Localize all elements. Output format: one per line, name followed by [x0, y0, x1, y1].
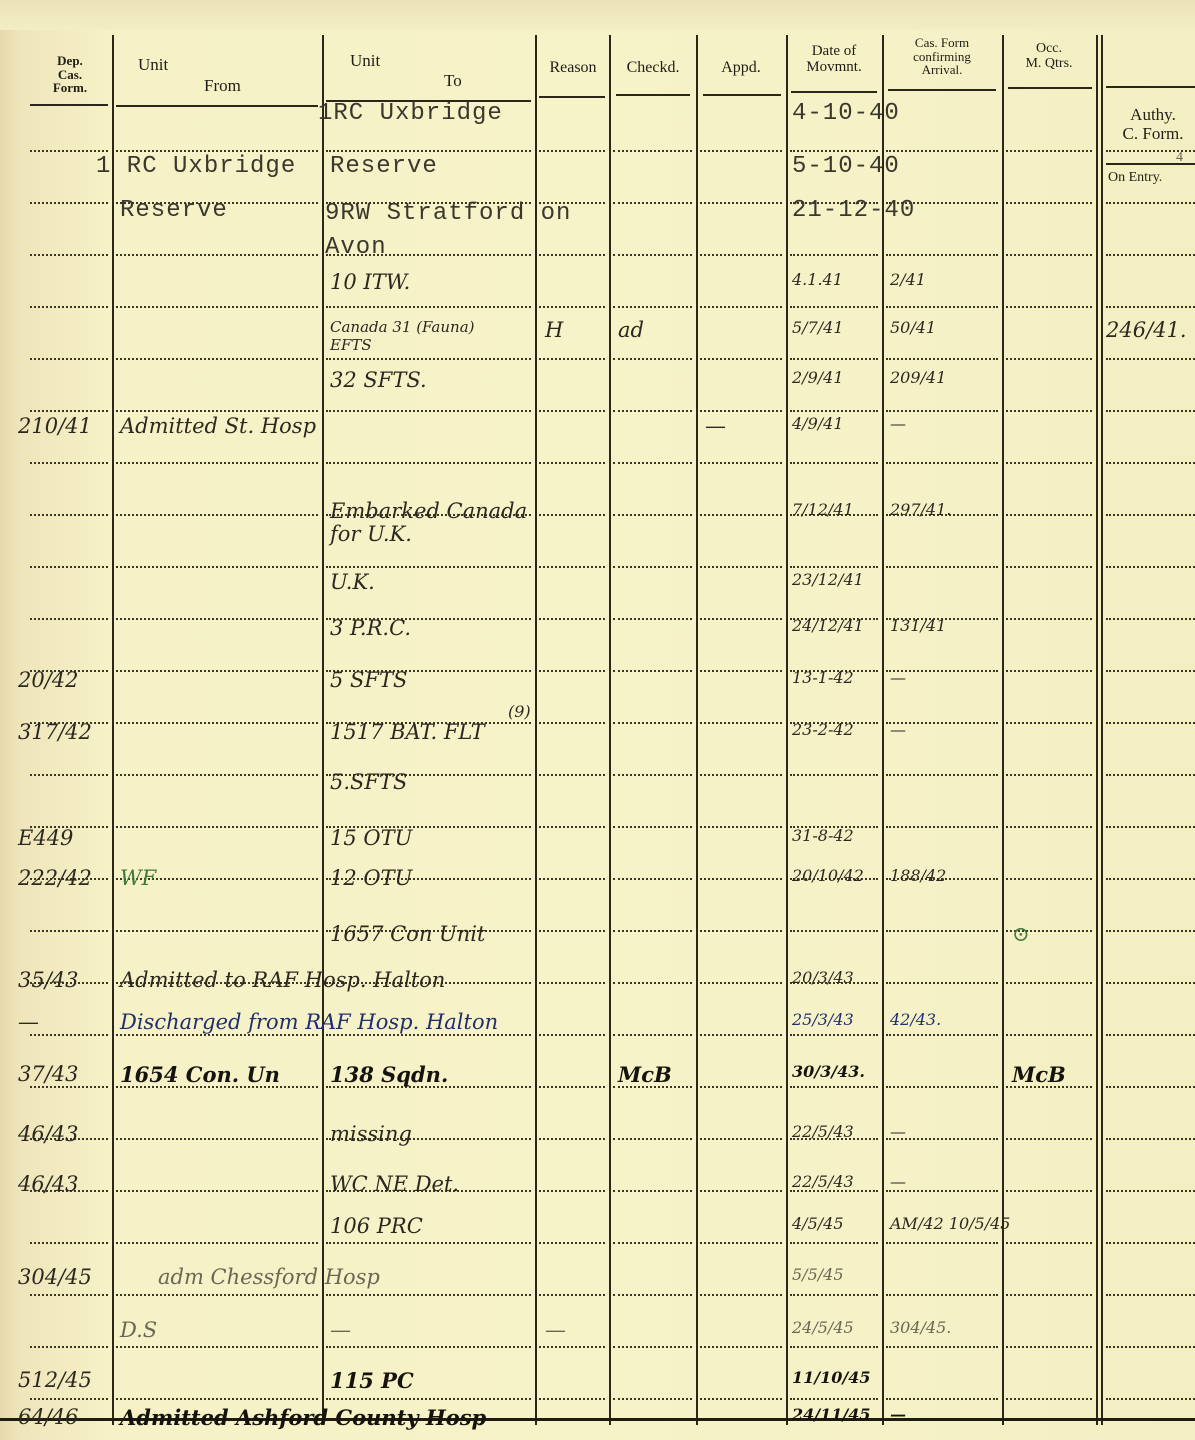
- cell-to: 12 OTU: [330, 866, 412, 890]
- cell-to: U.K.: [330, 570, 375, 594]
- row-dotted-rule: [700, 722, 782, 724]
- row-dotted-rule: [790, 462, 878, 464]
- row-dotted-rule: [30, 358, 108, 360]
- row-dotted-rule: [700, 774, 782, 776]
- header-rule: [1008, 87, 1092, 89]
- row-dotted-rule: [326, 566, 531, 568]
- cell-arrival: —: [890, 1122, 906, 1141]
- header-rule: [888, 89, 996, 91]
- row-dotted-rule: [613, 826, 692, 828]
- row-dotted-rule: [613, 566, 692, 568]
- cell-checkd: ad: [618, 318, 644, 342]
- row-dotted-rule: [1106, 1138, 1195, 1140]
- cell-date: 22/5/43: [792, 1122, 854, 1141]
- row-dotted-rule: [116, 306, 318, 308]
- row-dotted-rule: [326, 1398, 531, 1400]
- row-dotted-rule: [1006, 670, 1092, 672]
- row-dotted-rule: [1106, 722, 1195, 724]
- header-date-of-movement: Date of Movmnt.: [788, 44, 880, 76]
- row-dotted-rule: [116, 774, 318, 776]
- cell-date: 21-12-40: [792, 197, 915, 224]
- row-dotted-rule: [1006, 982, 1092, 984]
- row-dotted-rule: [539, 774, 605, 776]
- row-dotted-rule: [613, 358, 692, 360]
- row-dotted-rule: [116, 722, 318, 724]
- row-dotted-rule: [700, 1086, 782, 1088]
- cell-arrival: AM/42 10/5/45: [890, 1214, 1010, 1233]
- cell-to: 1517 BAT. FLT: [330, 720, 485, 744]
- cell-to: WC NE Det.: [330, 1172, 459, 1196]
- row-dotted-rule: [539, 618, 605, 620]
- row-dotted-rule: [116, 1398, 318, 1400]
- cell-date: 7/12/41: [792, 500, 854, 519]
- row-dotted-rule: [790, 1086, 878, 1088]
- row-dotted-rule: [539, 1294, 605, 1296]
- row-dotted-rule: [1106, 202, 1195, 204]
- row-dotted-rule: [539, 1398, 605, 1400]
- row-dotted-rule: [700, 930, 782, 932]
- cell-date: 30/3/43.: [792, 1062, 865, 1081]
- row-dotted-rule: [1006, 514, 1092, 516]
- row-dotted-rule: [790, 410, 878, 412]
- cell-from: WF: [120, 866, 156, 890]
- row-dotted-rule: [30, 1346, 108, 1348]
- row-dotted-rule: [886, 566, 998, 568]
- cell-from: 1 RC Uxbridge: [96, 153, 296, 180]
- row-dotted-rule: [326, 1242, 531, 1244]
- row-dotted-rule: [326, 462, 531, 464]
- row-dotted-rule: [116, 254, 318, 256]
- cell-note: (9): [508, 702, 531, 721]
- row-dotted-rule: [1006, 1294, 1092, 1296]
- row-dotted-rule: [539, 566, 605, 568]
- cell-from: D.S: [120, 1318, 157, 1342]
- cell-dep: 222/42: [18, 866, 92, 890]
- cell-to: 3 P.R.C.: [330, 616, 411, 640]
- row-dotted-rule: [886, 358, 998, 360]
- header-appd: Appd.: [698, 60, 784, 77]
- cell-date: 11/10/45: [792, 1368, 870, 1387]
- row-dotted-rule: [700, 618, 782, 620]
- row-dotted-rule: [1106, 1190, 1195, 1192]
- row-dotted-rule: [613, 1346, 692, 1348]
- row-dotted-rule: [886, 1086, 998, 1088]
- row-dotted-rule: [700, 1398, 782, 1400]
- row-dotted-rule: [539, 1346, 605, 1348]
- row-dotted-rule: [1106, 410, 1195, 412]
- row-dotted-rule: [790, 566, 878, 568]
- row-dotted-rule: [700, 566, 782, 568]
- row-dotted-rule: [886, 826, 998, 828]
- cell-date: 20/10/42: [792, 866, 864, 885]
- header-authy-c-form: Authy. C. Form.: [1108, 106, 1195, 143]
- row-dotted-rule: [613, 306, 692, 308]
- row-dotted-rule: [1106, 982, 1195, 984]
- cell-date: 4/9/41: [792, 414, 844, 433]
- cell-dep: E449: [18, 826, 73, 850]
- cell-occ: ⊙: [1012, 922, 1030, 946]
- row-dotted-rule: [30, 618, 108, 620]
- cell-date: 24/12/41: [792, 616, 864, 635]
- row-dotted-rule: [116, 1138, 318, 1140]
- row-dotted-rule: [1006, 1190, 1092, 1192]
- row-dotted-rule: [886, 1034, 998, 1036]
- row-dotted-rule: [886, 410, 998, 412]
- row-dotted-rule: [30, 1086, 108, 1088]
- row-dotted-rule: [613, 410, 692, 412]
- row-dotted-rule: [326, 358, 531, 360]
- row-dotted-rule: [886, 1346, 998, 1348]
- row-dotted-rule: [116, 1190, 318, 1192]
- row-dotted-rule: [30, 306, 108, 308]
- row-dotted-rule: [539, 462, 605, 464]
- row-dotted-rule: [1006, 410, 1092, 412]
- row-dotted-rule: [1006, 150, 1092, 152]
- cell-arrival: 131/41: [890, 616, 946, 635]
- cell-from: Admitted Ashford County Hosp: [120, 1405, 580, 1430]
- cell-arrival: 209/41: [890, 368, 946, 387]
- cell-to: Reserve: [330, 153, 438, 180]
- row-dotted-rule: [539, 930, 605, 932]
- header-dep-cas-form: Dep. Cas. Form.: [30, 54, 110, 95]
- row-dotted-rule: [539, 306, 605, 308]
- row-dotted-rule: [1106, 618, 1195, 620]
- row-dotted-rule: [613, 722, 692, 724]
- row-dotted-rule: [116, 150, 318, 152]
- row-dotted-rule: [700, 826, 782, 828]
- row-dotted-rule: [613, 982, 692, 984]
- row-dotted-rule: [539, 410, 605, 412]
- row-dotted-rule: [886, 930, 998, 932]
- row-dotted-rule: [790, 358, 878, 360]
- cell-date: 31-8-42: [792, 826, 854, 845]
- row-dotted-rule: [326, 1346, 531, 1348]
- cell-date: 20/3/43: [792, 968, 854, 987]
- cell-from: Admitted St. Hosp: [120, 414, 316, 438]
- header-checkd: Checkd.: [611, 60, 695, 77]
- row-dotted-rule: [116, 514, 318, 516]
- row-dotted-rule: [886, 982, 998, 984]
- row-dotted-rule: [539, 358, 605, 360]
- row-dotted-rule: [30, 1294, 108, 1296]
- row-dotted-rule: [539, 150, 605, 152]
- row-dotted-rule: [1106, 670, 1195, 672]
- cell-from: Admitted to RAF Hosp. Halton: [120, 968, 580, 992]
- header-cas-form-confirming-arrival: Cas. Form confirming Arrival.: [884, 36, 1000, 77]
- row-dotted-rule: [1106, 774, 1195, 776]
- cell-to: 15 OTU: [330, 826, 412, 850]
- row-dotted-rule: [1006, 306, 1092, 308]
- row-dotted-rule: [1006, 1138, 1092, 1140]
- row-dotted-rule: [30, 462, 108, 464]
- row-dotted-rule: [886, 462, 998, 464]
- header-unit-from: From: [204, 77, 241, 95]
- cell-to: 138 Sqdn.: [330, 1062, 448, 1087]
- row-dotted-rule: [613, 930, 692, 932]
- header-unit-from-title: Unit: [138, 56, 168, 74]
- row-dotted-rule: [613, 774, 692, 776]
- row-dotted-rule: [790, 1346, 878, 1348]
- cell-reason: H: [545, 318, 563, 342]
- row-dotted-rule: [116, 1294, 318, 1296]
- row-dotted-rule: [613, 514, 692, 516]
- row-dotted-rule: [539, 1242, 605, 1244]
- row-dotted-rule: [116, 358, 318, 360]
- row-dotted-rule: [1106, 306, 1195, 308]
- row-dotted-rule: [116, 1346, 318, 1348]
- row-dotted-rule: [700, 982, 782, 984]
- top-edge: [0, 0, 1195, 30]
- on-entry-mark: 4: [1176, 150, 1183, 166]
- row-dotted-rule: [116, 930, 318, 932]
- row-dotted-rule: [1106, 462, 1195, 464]
- header-occ-m-qtrs: Occ. M. Qtrs.: [1004, 42, 1094, 71]
- row-dotted-rule: [116, 670, 318, 672]
- row-dotted-rule: [790, 930, 878, 932]
- cell-from: Reserve: [120, 197, 228, 224]
- row-dotted-rule: [1006, 878, 1092, 880]
- cell-arrival: —: [890, 668, 906, 687]
- row-dotted-rule: [790, 306, 878, 308]
- row-dotted-rule: [30, 774, 108, 776]
- row-dotted-rule: [30, 150, 108, 152]
- row-dotted-rule: [1006, 618, 1092, 620]
- row-dotted-rule: [700, 514, 782, 516]
- row-dotted-rule: [539, 1190, 605, 1192]
- cell-date: 23/12/41: [792, 570, 864, 589]
- cell-arrival: 42/43.: [890, 1010, 941, 1029]
- row-dotted-rule: [1006, 1398, 1092, 1400]
- row-dotted-rule: [700, 202, 782, 204]
- cell-arrival: —: [890, 1405, 906, 1424]
- row-dotted-rule: [30, 410, 108, 412]
- row-dotted-rule: [30, 566, 108, 568]
- cell-dep: 210/41: [18, 414, 92, 438]
- row-dotted-rule: [326, 1294, 531, 1296]
- cell-date: 4.1.41: [792, 270, 843, 289]
- row-dotted-rule: [700, 1242, 782, 1244]
- row-dotted-rule: [1006, 774, 1092, 776]
- cell-to: 5.SFTS: [330, 770, 407, 794]
- row-dotted-rule: [116, 410, 318, 412]
- cell-dep: 64/46: [18, 1405, 79, 1429]
- row-dotted-rule: [1006, 1242, 1092, 1244]
- cell-from: 1654 Con. Un: [120, 1062, 280, 1087]
- cell-date: 22/5/43: [792, 1172, 854, 1191]
- header-rule: [1106, 86, 1195, 88]
- cell-date: 4-10-40: [792, 100, 900, 127]
- row-dotted-rule: [700, 1190, 782, 1192]
- row-dotted-rule: [700, 358, 782, 360]
- header-unit-to: To: [444, 72, 462, 90]
- row-dotted-rule: [30, 254, 108, 256]
- row-dotted-rule: [1106, 150, 1195, 152]
- cell-authy: 246/41.: [1106, 318, 1187, 342]
- cell-reason: —: [545, 1318, 566, 1342]
- row-dotted-rule: [700, 410, 782, 412]
- row-dotted-rule: [1106, 1346, 1195, 1348]
- row-dotted-rule: [539, 514, 605, 516]
- col-divider: [786, 35, 788, 1425]
- row-dotted-rule: [886, 306, 998, 308]
- col-divider: [696, 35, 698, 1425]
- row-dotted-rule: [700, 1034, 782, 1036]
- col-divider: [1101, 35, 1103, 1425]
- row-dotted-rule: [1106, 930, 1195, 932]
- row-dotted-rule: [539, 1138, 605, 1140]
- cell-date: 23-2-42: [792, 720, 854, 739]
- row-dotted-rule: [1106, 358, 1195, 360]
- row-dotted-rule: [1006, 254, 1092, 256]
- row-dotted-rule: [539, 1034, 605, 1036]
- header-rule: [539, 96, 605, 98]
- row-dotted-rule: [700, 1138, 782, 1140]
- cell-date: 24/11/45: [792, 1405, 870, 1424]
- header-rule: [616, 94, 690, 96]
- row-dotted-rule: [886, 1398, 998, 1400]
- cell-dep: 317/42: [18, 720, 92, 744]
- cell-to: 32 SFTS.: [330, 368, 427, 392]
- row-dotted-rule: [613, 150, 692, 152]
- row-dotted-rule: [30, 514, 108, 516]
- cell-date: 24/5/45: [792, 1318, 854, 1337]
- row-dotted-rule: [790, 1034, 878, 1036]
- row-dotted-rule: [886, 254, 998, 256]
- col-divider: [112, 35, 114, 1425]
- cell-to: 115 PC: [330, 1368, 414, 1393]
- col-divider: [882, 35, 884, 1425]
- row-dotted-rule: [613, 1294, 692, 1296]
- cell-dep: 512/45: [18, 1368, 92, 1392]
- row-dotted-rule: [700, 1346, 782, 1348]
- row-dotted-rule: [790, 774, 878, 776]
- row-dotted-rule: [700, 1294, 782, 1296]
- cell-from: adm Chessford Hosp: [158, 1265, 380, 1289]
- row-dotted-rule: [1106, 1242, 1195, 1244]
- cell-date: 5/5/45: [792, 1265, 844, 1284]
- row-dotted-rule: [1006, 358, 1092, 360]
- row-dotted-rule: [326, 1034, 531, 1036]
- cell-dep: 46/43: [18, 1122, 79, 1146]
- cell-date: 5/7/41: [792, 318, 844, 337]
- header-rule: [30, 104, 108, 106]
- cell-appd: —: [705, 414, 726, 438]
- cell-arrival: 304/45.: [890, 1318, 951, 1337]
- row-dotted-rule: [539, 1086, 605, 1088]
- cell-dep: 46/43: [18, 1172, 79, 1196]
- row-dotted-rule: [30, 930, 108, 932]
- cell-from: Discharged from RAF Hosp. Halton: [120, 1010, 580, 1034]
- row-dotted-rule: [326, 150, 531, 152]
- cell-to: Embarked Canada for U.K.: [330, 500, 530, 546]
- row-dotted-rule: [539, 878, 605, 880]
- row-dotted-rule: [613, 878, 692, 880]
- cell-to: missing: [330, 1122, 412, 1146]
- row-dotted-rule: [1006, 462, 1092, 464]
- row-dotted-rule: [613, 618, 692, 620]
- row-dotted-rule: [613, 1398, 692, 1400]
- header-rule: [116, 105, 318, 107]
- row-dotted-rule: [1106, 826, 1195, 828]
- cell-to: 10 ITW.: [330, 270, 410, 294]
- cell-date: 4/5/45: [792, 1214, 844, 1233]
- cell-arrival: 297/41.: [890, 500, 951, 519]
- row-dotted-rule: [116, 826, 318, 828]
- row-dotted-rule: [1106, 566, 1195, 568]
- cell-dep: 20/42: [18, 668, 79, 692]
- cell-arrival: 50/41: [890, 318, 936, 337]
- row-dotted-rule: [539, 670, 605, 672]
- row-dotted-rule: [613, 202, 692, 204]
- row-dotted-rule: [1106, 1294, 1195, 1296]
- row-dotted-rule: [30, 1034, 108, 1036]
- header-reason: Reason: [538, 60, 608, 77]
- cell-arrival: 2/41: [890, 270, 926, 289]
- row-dotted-rule: [30, 1242, 108, 1244]
- row-dotted-rule: [790, 1242, 878, 1244]
- cell-arrival: —: [890, 414, 906, 433]
- cell-to: 1RC Uxbridge: [318, 100, 503, 127]
- row-dotted-rule: [30, 202, 108, 204]
- row-dotted-rule: [1006, 826, 1092, 828]
- cell-arrival: —: [890, 720, 906, 739]
- cell-arrival: 188/42: [890, 866, 946, 885]
- row-dotted-rule: [790, 1398, 878, 1400]
- row-dotted-rule: [539, 826, 605, 828]
- row-dotted-rule: [30, 1398, 108, 1400]
- header-on-entry: On Entry.: [1108, 170, 1162, 186]
- cell-dep: 37/43: [18, 1062, 79, 1086]
- cell-dep: —: [18, 1010, 39, 1034]
- cell-to: —: [330, 1318, 351, 1342]
- row-dotted-rule: [886, 774, 998, 776]
- row-dotted-rule: [116, 1242, 318, 1244]
- row-dotted-rule: [1106, 1086, 1195, 1088]
- cell-arrival: —: [890, 1172, 906, 1191]
- row-dotted-rule: [1106, 254, 1195, 256]
- row-dotted-rule: [1006, 202, 1092, 204]
- cell-date: 13-1-42: [792, 668, 854, 687]
- cell-to: Canada 31 (Fauna) EFTS: [330, 318, 510, 354]
- row-dotted-rule: [700, 878, 782, 880]
- cell-occ: McB: [1012, 1062, 1066, 1087]
- cell-checkd: McB: [618, 1062, 672, 1087]
- row-dotted-rule: [326, 410, 531, 412]
- row-dotted-rule: [1006, 722, 1092, 724]
- row-dotted-rule: [613, 1034, 692, 1036]
- row-dotted-rule: [613, 1190, 692, 1192]
- header-rule: [791, 91, 877, 93]
- row-dotted-rule: [613, 670, 692, 672]
- col-divider: [322, 35, 324, 1425]
- cell-date: 25/3/43: [792, 1010, 854, 1029]
- row-dotted-rule: [116, 566, 318, 568]
- row-dotted-rule: [790, 254, 878, 256]
- row-dotted-rule: [1106, 878, 1195, 880]
- cell-to: 9RW Stratford on Avon: [325, 197, 585, 264]
- row-dotted-rule: [539, 722, 605, 724]
- col-divider: [1096, 35, 1098, 1425]
- row-dotted-rule: [613, 254, 692, 256]
- header-unit-to-title: Unit: [350, 52, 380, 70]
- row-dotted-rule: [613, 1242, 692, 1244]
- row-dotted-rule: [790, 150, 878, 152]
- row-dotted-rule: [613, 462, 692, 464]
- row-dotted-rule: [700, 306, 782, 308]
- row-dotted-rule: [116, 1034, 318, 1036]
- cell-dep: 35/43: [18, 968, 79, 992]
- row-dotted-rule: [1006, 1034, 1092, 1036]
